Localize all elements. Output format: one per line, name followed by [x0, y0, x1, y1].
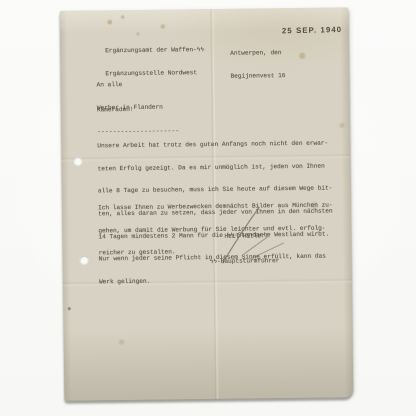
- salutation: Kameraden!: [97, 106, 134, 114]
- punch-hole: [73, 157, 82, 166]
- sender-line: Ergänzungsamt der Waffen-ϟϟ: [105, 46, 204, 55]
- body-line: teten Erfolg gezeigt. Da es mir unmöglic…: [98, 162, 333, 172]
- date-stamp: 25 SEP. 1940: [282, 25, 343, 35]
- letter-paper: Ergänzungsamt der Waffen-ϟϟ Ergänzungsst…: [60, 7, 354, 401]
- city-date-line: Antwerpen, den: [230, 49, 285, 57]
- signature-rank: ϟϟ-Hauptsturmführer: [210, 257, 280, 265]
- street-line: Begijnenvest 16: [230, 72, 285, 80]
- punch-hole: [80, 255, 89, 264]
- photo-background: Ergänzungsamt der Waffen-ϟϟ Ergänzungsst…: [0, 0, 416, 416]
- body-line: Unsere Arbeit hat trotz des guten Anfang…: [97, 140, 332, 150]
- handwritten-signature: [192, 206, 303, 265]
- body-line: Werk gelingen.: [99, 275, 334, 285]
- recipient-line: An alle: [96, 80, 178, 89]
- place-date-block: Antwerpen, den Begijnenvest 16: [230, 34, 286, 95]
